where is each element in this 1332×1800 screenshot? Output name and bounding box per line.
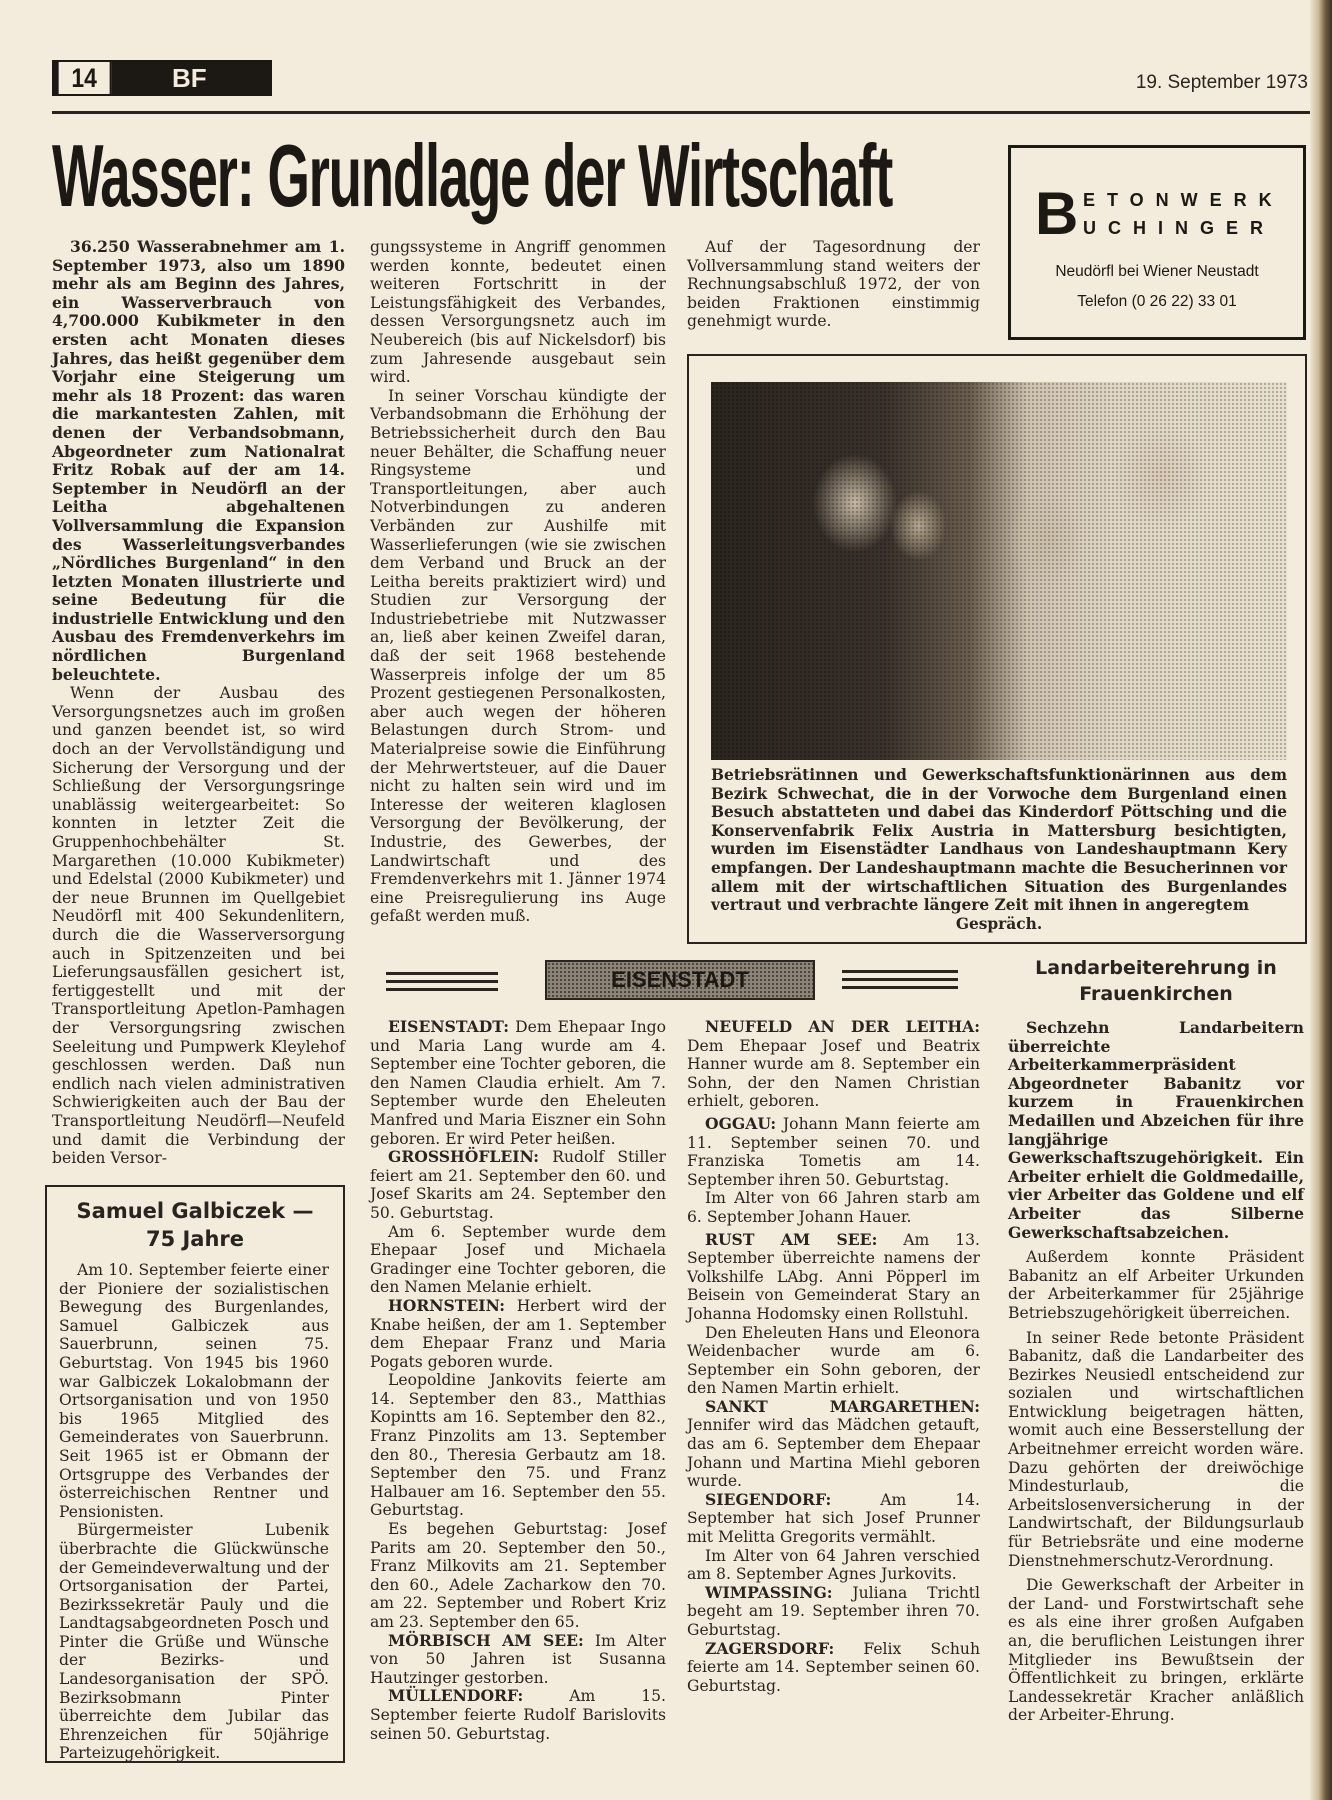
article-paragraph: Am 10. September feierte einer der Pioni… (59, 1261, 329, 1521)
article-lead: Sechzehn Landarbeitern überreichte Arbei… (1008, 1019, 1304, 1242)
local-news-column-left: EISENSTADT: Dem Ehepaar Ingo und Maria L… (370, 1018, 666, 1743)
boxed-article-galbiczek: Samuel Galbiczek — 75 Jahre Am 10. Septe… (45, 1185, 345, 1763)
news-item: Es begehen Geburtstag: Josef Parits am 2… (370, 1520, 666, 1632)
article-paragraph: Wenn der Ausbau des Versorgungsnetzes au… (52, 684, 345, 1167)
news-item: Am 6. September wurde dem Ehepaar Josef … (370, 1223, 666, 1297)
frauenkirchen-body: Sechzehn Landarbeitern überreichte Arbei… (1008, 1019, 1304, 1725)
news-item: MÜLLENDORF: Am 15. September feierte Rud… (370, 1687, 666, 1743)
photo-caption: Betriebsrätinnen und Gewerkschaftsfunkti… (711, 766, 1287, 933)
article-column-1: 36.250 Wasserabnehmer am 1. September 19… (52, 238, 345, 1168)
news-item: NEUFELD AN DER LEITHA: Dem Ehepaar Josef… (687, 1018, 980, 1111)
news-item: Leopoldine Jankovits feierte am 14. Sept… (370, 1371, 666, 1520)
news-item: SANKT MARGARETHEN: Jennifer wird das Mäd… (687, 1398, 980, 1491)
article-paragraph: Bürgermeister Lubenik überbrachte die Gl… (59, 1521, 329, 1763)
article-frauenkirchen: Landarbeiterehrung in Frauenkirchen Sech… (1008, 955, 1304, 1725)
ad-line-2: UCHINGER (1083, 218, 1275, 239)
halftone-overlay (711, 382, 1287, 760)
news-item: EISENSTADT: Dem Ehepaar Ingo und Maria L… (370, 1018, 666, 1148)
local-news-column-right: NEUFELD AN DER LEITHA: Dem Ehepaar Josef… (687, 1018, 980, 1695)
news-item: OGGAU: Johann Mann feierte am 11. Septem… (687, 1115, 980, 1189)
ad-line-1: ETONWERK (1083, 190, 1284, 211)
ad-phone: Telefon (0 26 22) 33 01 (1011, 293, 1303, 311)
caption-end: Gespräch. (711, 915, 1287, 934)
advertisement-betonwerk: B ETONWERK UCHINGER Neudörfl bei Wiener … (1008, 145, 1306, 340)
news-item: WIMPASSING: Juliana Trichtl begeht am 19… (687, 1584, 980, 1640)
news-photo (711, 382, 1287, 760)
ad-address: Neudörfl bei Wiener Neustadt (1011, 263, 1303, 281)
news-item: Im Alter von 64 Jahren verschied am 8. S… (687, 1547, 980, 1584)
news-item: MÖRBISCH AM SEE: Im Alter von 50 Jahren … (370, 1632, 666, 1688)
caption-text: Betriebsrätinnen und Gewerkschaftsfunkti… (711, 766, 1287, 914)
banner-rule-right (842, 970, 958, 992)
issue-date: 19. September 1973 (1136, 72, 1308, 94)
news-item: Den Eheleuten Hans und Eleonora Weidenba… (687, 1324, 980, 1398)
frauenkirchen-title: Landarbeiterehrung in Frauenkirchen (1008, 955, 1304, 1007)
banner-rule-left (386, 972, 498, 994)
news-item: GROSSHÖFLEIN: Rudolf Stiller feiert am 2… (370, 1148, 666, 1222)
boxed-body: Am 10. September feierte einer der Pioni… (59, 1261, 329, 1763)
news-item: HORNSTEIN: Herbert wird der Knabe heißen… (370, 1297, 666, 1371)
section-banner-eisenstadt: EISENSTADT (545, 960, 815, 1000)
article-paragraph: Die Gewerkschaft der Arbeiter in der Lan… (1008, 1576, 1304, 1725)
article-column-2: gungssysteme in Angriff genommen werden … (370, 238, 666, 926)
news-item: Im Alter von 66 Jahren starb am 6. Septe… (687, 1189, 980, 1226)
article-paragraph: gungssysteme in Angriff genommen werden … (370, 238, 666, 387)
article-paragraph: In seiner Vorschau kündigte der Verbands… (370, 387, 666, 926)
article-column-3: Auf der Tagesordnung der Vollversammlung… (687, 238, 980, 331)
article-lead: 36.250 Wasserabnehmer am 1. September 19… (52, 238, 345, 684)
headline-text: Wasser: Grundlage der Wirtschaft (52, 128, 892, 223)
ad-initial: B (1035, 184, 1078, 244)
news-item: ZAGERSDORF: Felix Schuh feierte am 14. S… (687, 1640, 980, 1696)
main-headline: Wasser: Grundlage der Wirtschaft (52, 128, 635, 223)
header-rule (52, 111, 1310, 114)
page-folio: 14 BF (52, 60, 272, 96)
article-paragraph: Auf der Tagesordnung der Vollversammlung… (687, 238, 980, 331)
news-item: RUST AM SEE: Am 13. September überreicht… (687, 1231, 980, 1324)
photo-box: Betriebsrätinnen und Gewerkschaftsfunkti… (687, 354, 1307, 944)
article-paragraph: Außerdem konnte Präsident Babanitz an el… (1008, 1248, 1304, 1322)
page-number: 14 (59, 62, 112, 94)
news-item: SIEGENDORF: Am 14. September hat sich Jo… (687, 1491, 980, 1547)
article-paragraph: In seiner Rede betonte Präsident Babanit… (1008, 1329, 1304, 1571)
page-edge (1310, 0, 1332, 1800)
section-label: BF (172, 62, 207, 94)
boxed-title: Samuel Galbiczek — 75 Jahre (47, 1197, 343, 1253)
